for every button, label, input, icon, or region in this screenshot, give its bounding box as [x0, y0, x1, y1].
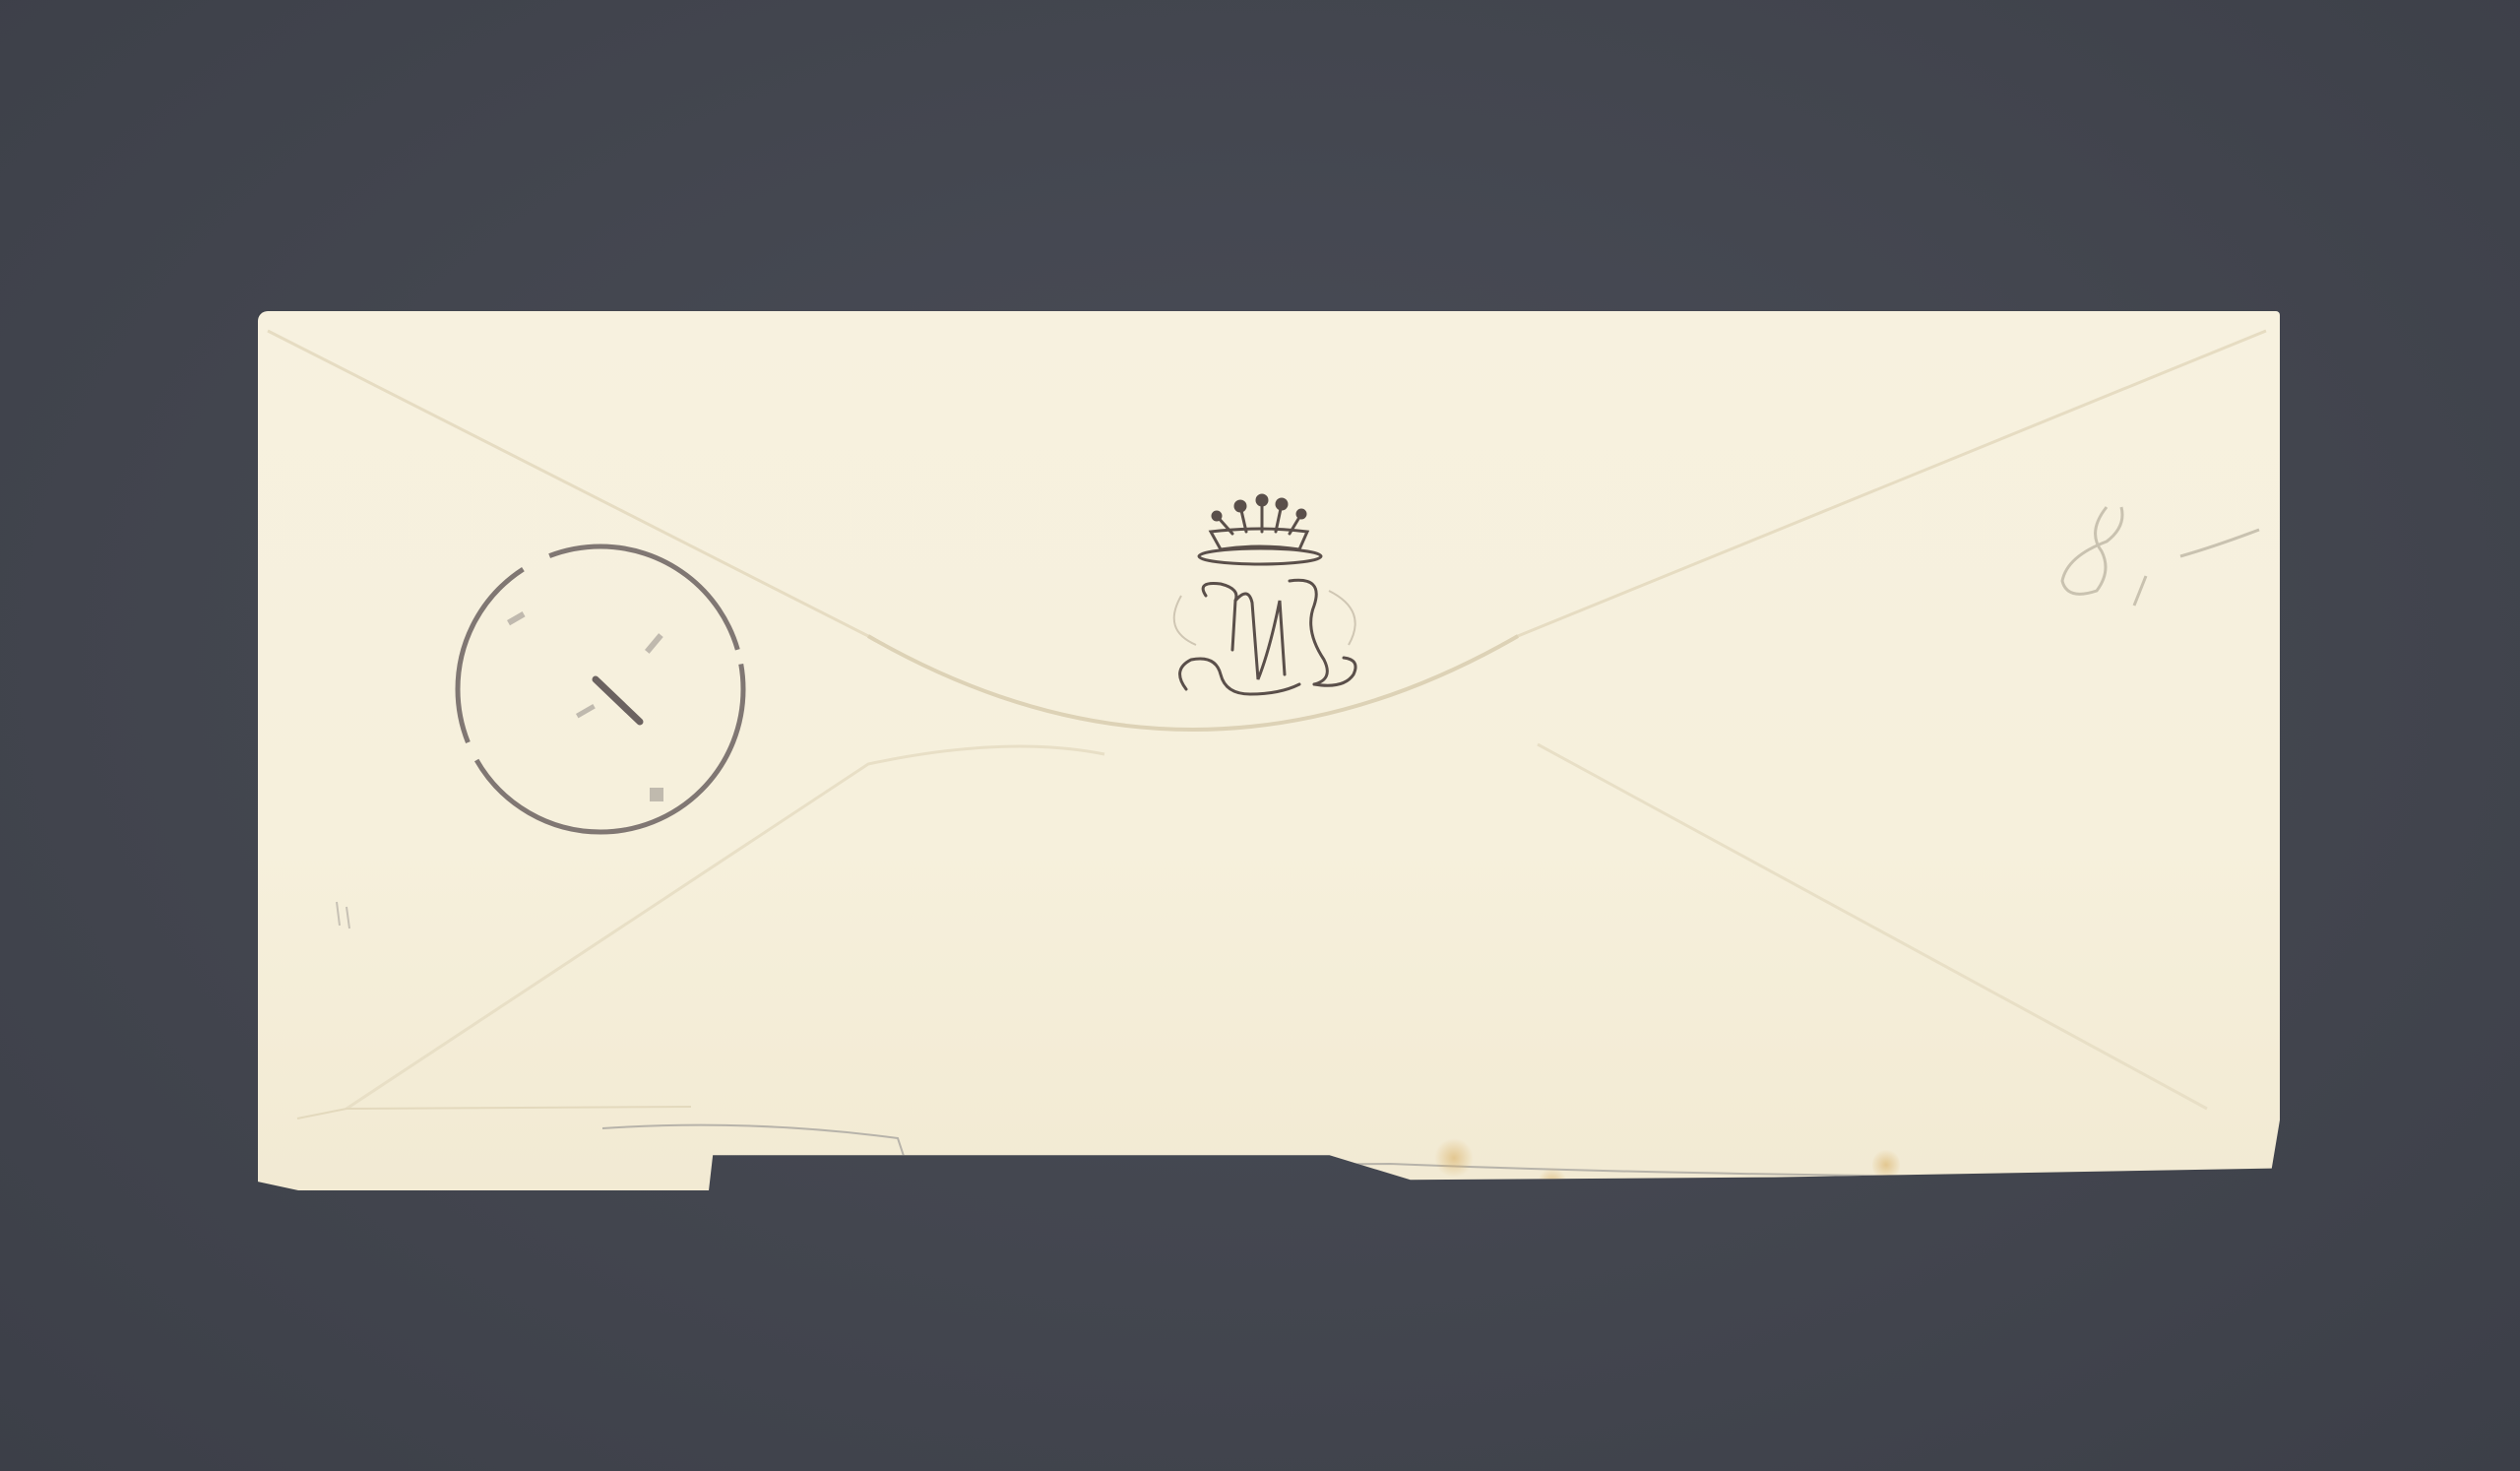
foxing-stain — [1434, 1138, 1474, 1178]
postmark-circle — [448, 542, 763, 847]
foxing-stain — [1538, 1168, 1567, 1197]
pencil-note — [2008, 502, 2264, 610]
foxing-stain — [1173, 1178, 1207, 1207]
foxing-stain — [1872, 1148, 1900, 1182]
coronet-monogram — [1142, 482, 1417, 719]
